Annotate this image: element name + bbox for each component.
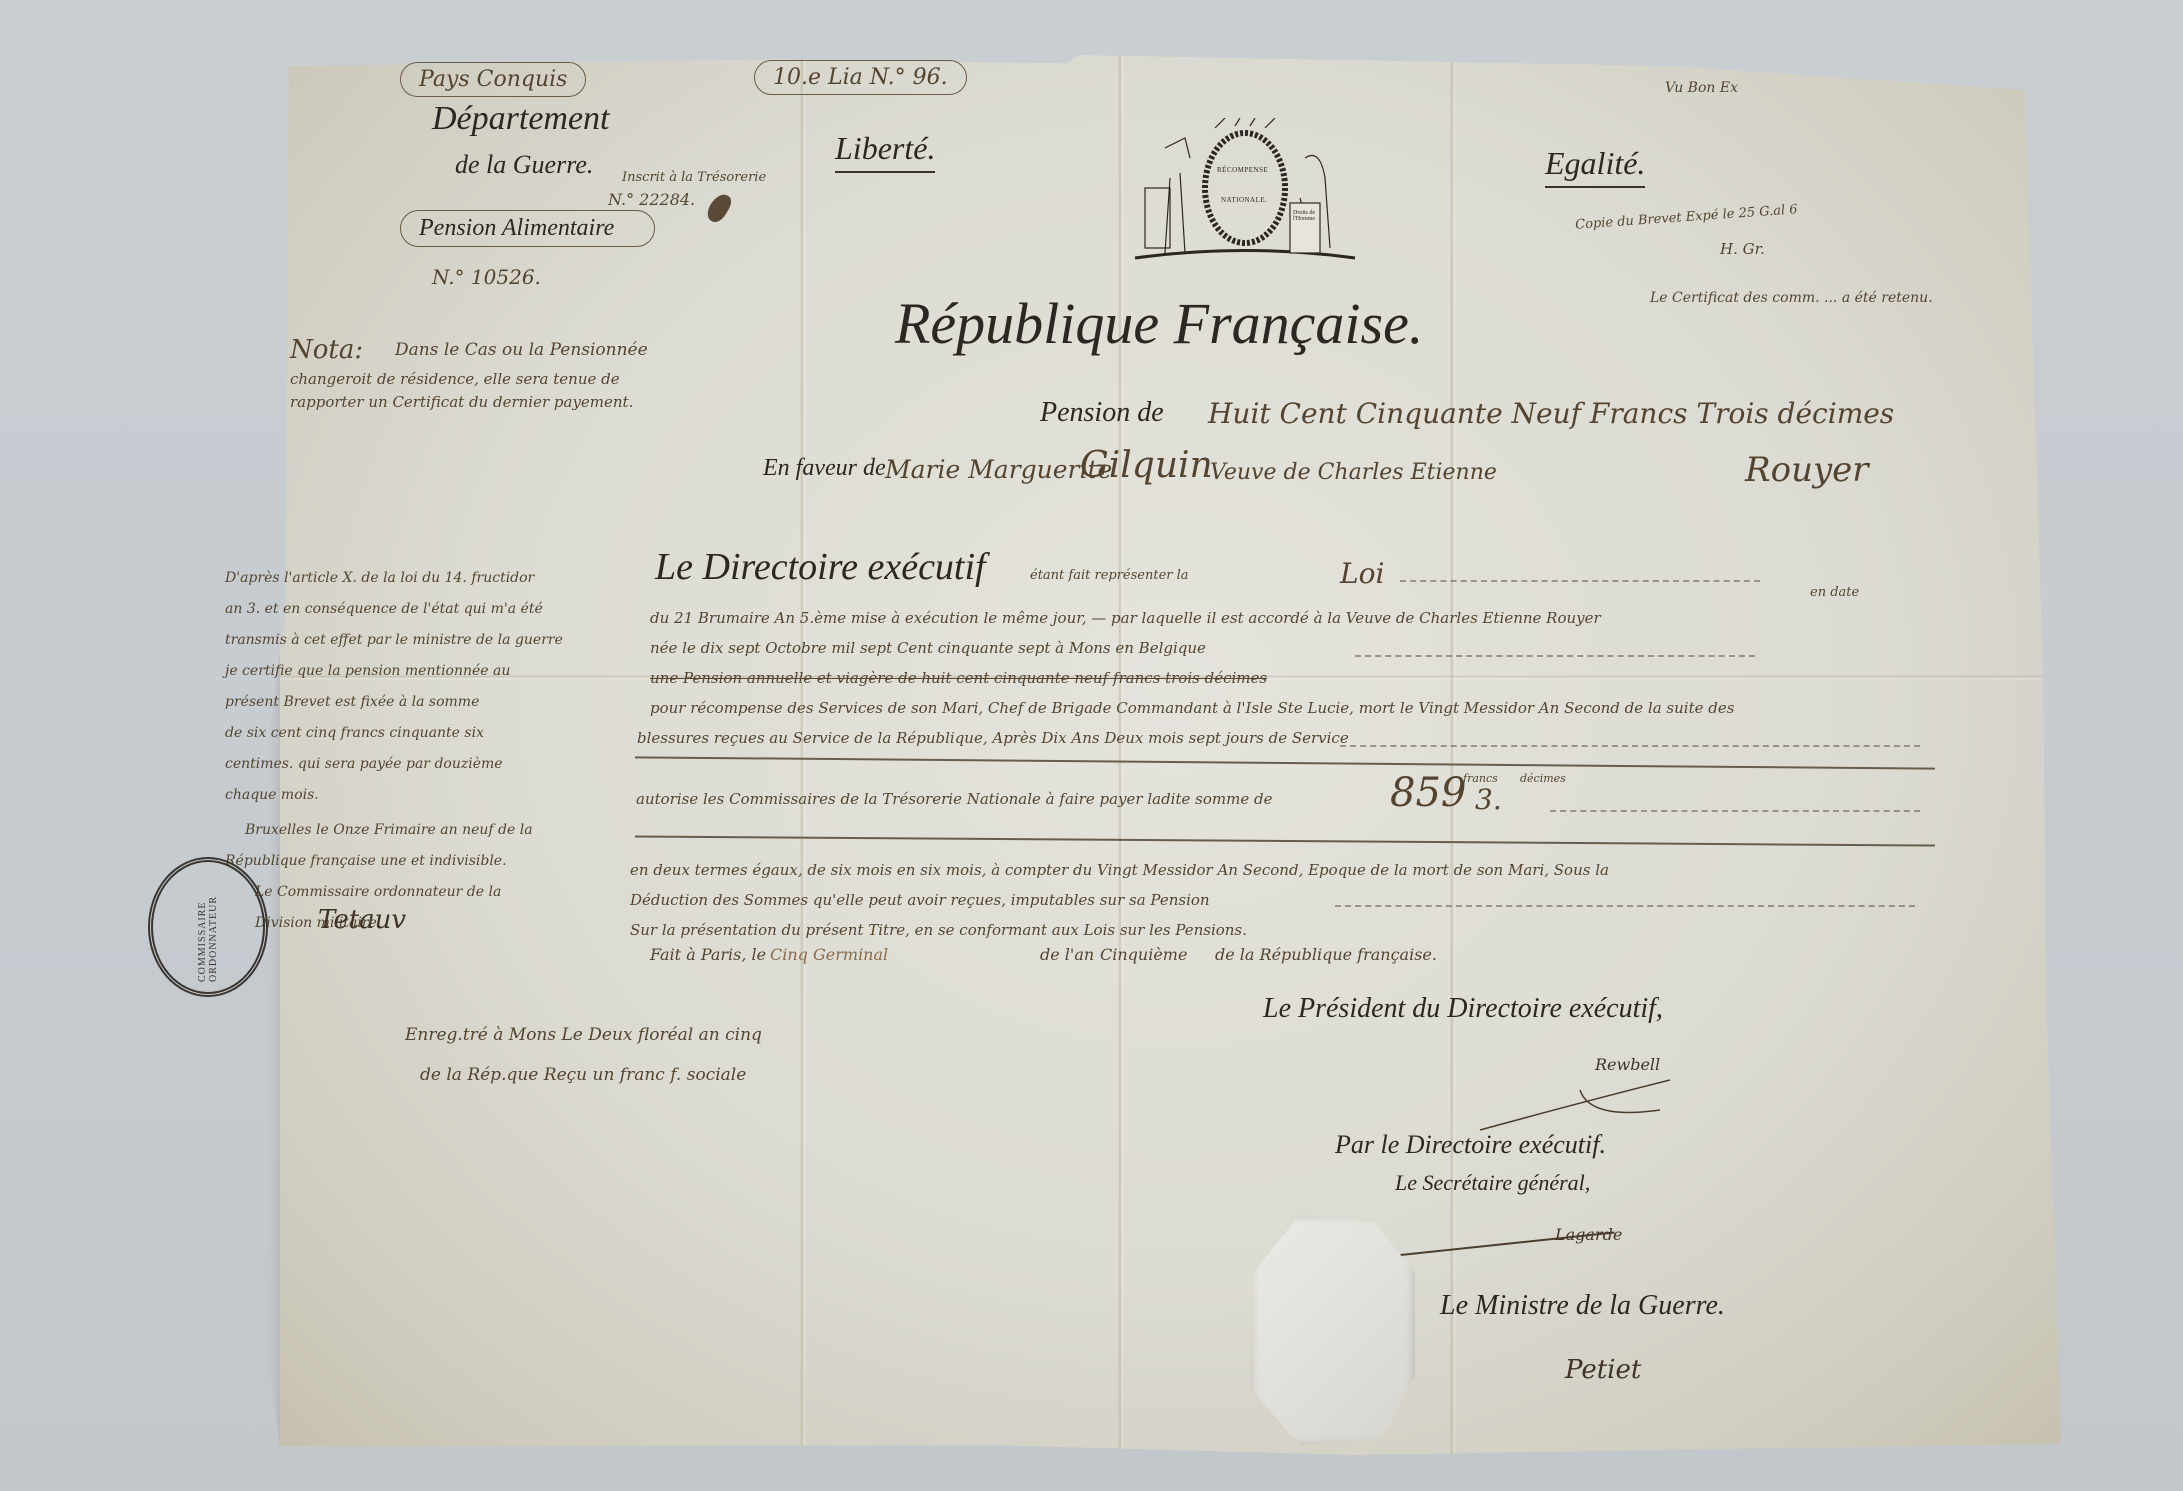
department-subtitle: de la Guerre. bbox=[455, 150, 593, 180]
body-law: Loi bbox=[1340, 557, 1384, 590]
beneficiary-surname: Gilquin bbox=[1080, 445, 1213, 486]
ministre-label: Le Ministre de la Guerre. bbox=[1440, 1290, 1725, 1322]
blank-filler-line bbox=[1340, 745, 1920, 747]
vignette-tablet-text: Droits de l'Homme bbox=[1293, 210, 1317, 222]
margin-place-date: Bruxelles le Onze Frimaire an neuf de la bbox=[225, 815, 563, 846]
registration-note-line-1: Enreg.tré à Mons Le Deux floréal an cinq bbox=[405, 1025, 762, 1045]
body-line-3: née le dix sept Octobre mil sept Cent ci… bbox=[650, 633, 1206, 663]
annotation-initials: H. Gr. bbox=[1720, 240, 1765, 258]
motto-egalite: Egalité. bbox=[1545, 145, 1645, 188]
territory-label: Pays Conquis bbox=[400, 62, 586, 97]
pension-label: Pension de bbox=[1040, 397, 1164, 429]
registration-note-line-2: de la Rép.que Reçu un franc f. sociale bbox=[420, 1065, 746, 1085]
body-line-2: du 21 Brumaire An 5.ème mise à exécution… bbox=[650, 603, 1601, 633]
margin-line: an 3. et en conséquence de l'état qui m'… bbox=[225, 594, 563, 625]
body-line-11c: de la République française. bbox=[1215, 945, 1437, 964]
vignette-text-nationale: NATIONALE. bbox=[1221, 196, 1267, 204]
issue-date: Cinq Germinal bbox=[770, 945, 888, 964]
body-line-8: en deux termes égaux, de six mois en six… bbox=[630, 855, 1609, 885]
margin-certification: D'après l'article X. de la loi du 14. fr… bbox=[225, 563, 563, 939]
register-reference: 10.e Lia N.° 96. bbox=[754, 60, 967, 95]
national-reward-vignette: RÉCOMPENSE NATIONALE. Droits de l'Homme bbox=[1125, 118, 1365, 268]
nota-label: Nota: bbox=[290, 335, 363, 365]
margin-line: transmis à cet effet par le ministre de … bbox=[225, 625, 563, 656]
blank-filler-line bbox=[1335, 905, 1915, 907]
signature-flourish-icon bbox=[1470, 1060, 1690, 1140]
directoire-heading: Le Directoire exécutif bbox=[655, 545, 986, 589]
margin-line: centimes. qui sera payée par douzième bbox=[225, 749, 563, 780]
department-title: Département bbox=[432, 100, 610, 138]
secretaire-label: Le Secrétaire général, bbox=[1395, 1170, 1590, 1196]
body-line-11a: Fait à Paris, le bbox=[650, 945, 766, 964]
vignette-engraving-icon bbox=[1125, 118, 1365, 268]
decimes-label: décimes bbox=[1520, 772, 1566, 785]
husband-surname: Rouyer bbox=[1745, 450, 1869, 490]
payment-amount-decimes: 3. bbox=[1475, 783, 1502, 816]
annotation-certificate: Le Certificat des comm. ... a été retenu… bbox=[1650, 290, 1933, 306]
embossed-seal bbox=[1250, 1215, 1415, 1445]
issue-year: Cinquième bbox=[1100, 945, 1187, 964]
ministre-signature: Petiet bbox=[1565, 1355, 1641, 1385]
treasury-number: N.° 22284. bbox=[608, 190, 695, 209]
body-line-1b: en date bbox=[1810, 585, 1859, 600]
beneficiary-given-names: Marie Marguerite bbox=[885, 455, 1112, 484]
body-line-5: pour récompense des Services de son Mari… bbox=[650, 693, 1734, 723]
pension-number: N.° 10526. bbox=[432, 265, 541, 289]
par-le-directoire-label: Par le Directoire exécutif. bbox=[1335, 1130, 1606, 1160]
payment-amount-francs: 859 bbox=[1390, 770, 1466, 816]
nota-line-2: changeroit de résidence, elle sera tenue… bbox=[290, 370, 620, 388]
blank-filler-line bbox=[1400, 580, 1760, 582]
beneficiary-relation: Veuve de Charles Etienne bbox=[1210, 460, 1497, 485]
motto-liberte: Liberté. bbox=[835, 130, 935, 173]
nota-line-3: rapporter un Certificat du dernier payem… bbox=[290, 393, 633, 411]
margin-line: de six cent cinq francs cinquante six bbox=[225, 718, 563, 749]
commissaire-signature: Tetauv bbox=[318, 905, 406, 935]
page-title: République Française. bbox=[895, 290, 1423, 357]
stamp-legend: COMMISSAIRE ORDONNATEUR bbox=[197, 872, 219, 982]
vignette-text-recompense: RÉCOMPENSE bbox=[1217, 166, 1268, 174]
body-line-10: Sur la présentation du présent Titre, en… bbox=[630, 915, 1247, 945]
margin-place-date: République française une et indivisible. bbox=[225, 846, 563, 877]
body-line-11b: de l'an bbox=[1040, 945, 1094, 964]
margin-line: présent Brevet est fixée à la somme bbox=[225, 687, 563, 718]
body-line-1a: étant fait représenter la bbox=[1030, 568, 1189, 583]
pension-amount-words: Huit Cent Cinquante Neuf Francs Trois dé… bbox=[1208, 397, 1894, 430]
body-line-9: Déduction des Sommes qu'elle peut avoir … bbox=[630, 885, 1210, 915]
margin-signatory: Le Commissaire ordonnateur de la bbox=[225, 877, 563, 908]
blank-filler-line bbox=[1355, 655, 1755, 657]
annotation-vu-bon: Vu Bon Ex bbox=[1665, 80, 1738, 96]
fold-crease-vertical-right bbox=[1450, 55, 1456, 1455]
margin-line: chaque mois. bbox=[225, 780, 563, 811]
treasury-note: Inscrit à la Trésorerie bbox=[622, 170, 766, 185]
blank-filler-line bbox=[1550, 810, 1920, 812]
body-line-7a: autorise les Commissaires de la Trésorer… bbox=[636, 790, 1272, 808]
body-line-6: blessures reçues au Service de la Républ… bbox=[637, 723, 1349, 753]
commissaire-ink-stamp: COMMISSAIRE ORDONNATEUR bbox=[148, 857, 268, 997]
fold-crease-vertical-left bbox=[800, 55, 806, 1455]
nota-line-1: Dans le Cas ou la Pensionnée bbox=[395, 340, 648, 360]
fold-crease-vertical-center bbox=[1118, 55, 1124, 1455]
pension-type-label: Pension Alimentaire bbox=[400, 210, 655, 247]
margin-line: D'après l'article X. de la loi du 14. fr… bbox=[225, 563, 563, 594]
beneficiary-label: En faveur de bbox=[763, 455, 886, 482]
margin-line: je certifie que la pension mentionnée au bbox=[225, 656, 563, 687]
body-line-4-struck: une Pension annuelle et viagère de huit … bbox=[650, 663, 1267, 693]
president-label: Le Président du Directoire exécutif, bbox=[1263, 993, 1663, 1025]
